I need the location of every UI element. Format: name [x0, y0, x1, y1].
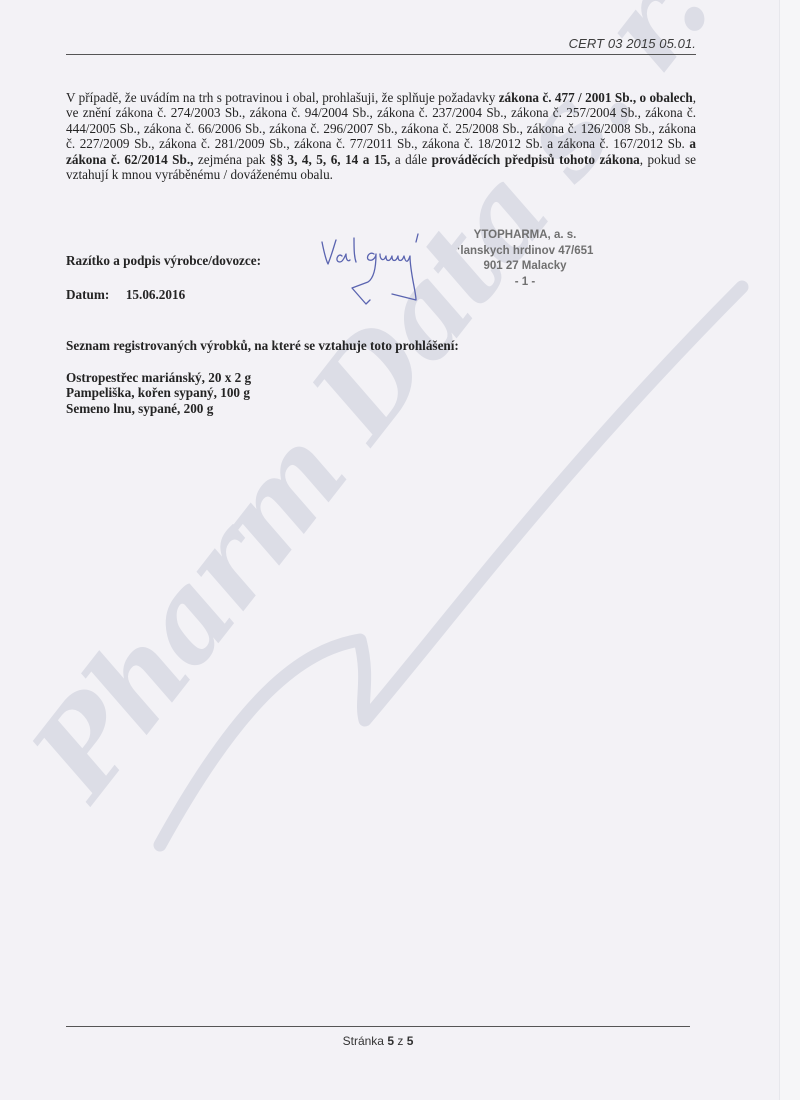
- handwritten-signature: [312, 232, 442, 312]
- declaration-emphasis: zákona č. 477 / 2001 Sb., o obalech: [499, 90, 693, 105]
- header-rule: [66, 54, 696, 55]
- stamp-line: ˑlanskych hrdinov 47/651: [440, 244, 610, 260]
- date-value: 15.06.2016: [126, 287, 185, 302]
- product-item: Pampeliška, kořen sypaný, 100 g: [66, 385, 251, 400]
- stamp-signature-label: Razítko a podpis výrobce/dovozce:: [66, 253, 261, 269]
- stamp-line: - 1 -: [440, 275, 610, 291]
- stamp-line: YTOPHARMA, a. s.: [440, 228, 610, 244]
- page-indicator: Stránka 5 z 5: [0, 1034, 756, 1048]
- product-item: Ostropestřec mariánský, 20 x 2 g: [66, 370, 251, 385]
- declaration-text: zejména pak: [193, 152, 269, 167]
- declaration-paragraph: V případě, že uvádím na trh s potravinou…: [66, 90, 696, 182]
- stamp-line: 901 27 Malacky: [440, 259, 610, 275]
- company-stamp: YTOPHARMA, a. s. ˑlanskych hrdinov 47/65…: [440, 228, 610, 290]
- date-label: Datum:: [66, 287, 109, 302]
- declaration-emphasis: §§ 3, 4, 5, 6, 14 a 15,: [270, 152, 390, 167]
- declaration-text: a dále: [390, 152, 431, 167]
- declaration-emphasis: prováděcích předpisů tohoto zákona: [432, 152, 640, 167]
- product-list: Ostropestřec mariánský, 20 x 2 g Pampeli…: [66, 370, 251, 416]
- page-total: 5: [407, 1034, 414, 1048]
- product-list-title: Seznam registrovaných výrobků, na které …: [66, 338, 459, 354]
- footer-rule: [66, 1026, 690, 1027]
- page-label: Stránka: [343, 1034, 384, 1048]
- scanned-page-edge: [779, 0, 800, 1100]
- document-code: CERT 03 2015 05.01.: [569, 36, 696, 51]
- page-current: 5: [387, 1034, 394, 1048]
- declaration-text: V případě, že uvádím na trh s potravinou…: [66, 90, 499, 105]
- page-separator: z: [397, 1034, 403, 1048]
- date-row: Datum: 15.06.2016: [66, 287, 185, 303]
- product-item: Semeno lnu, sypané, 200 g: [66, 401, 251, 416]
